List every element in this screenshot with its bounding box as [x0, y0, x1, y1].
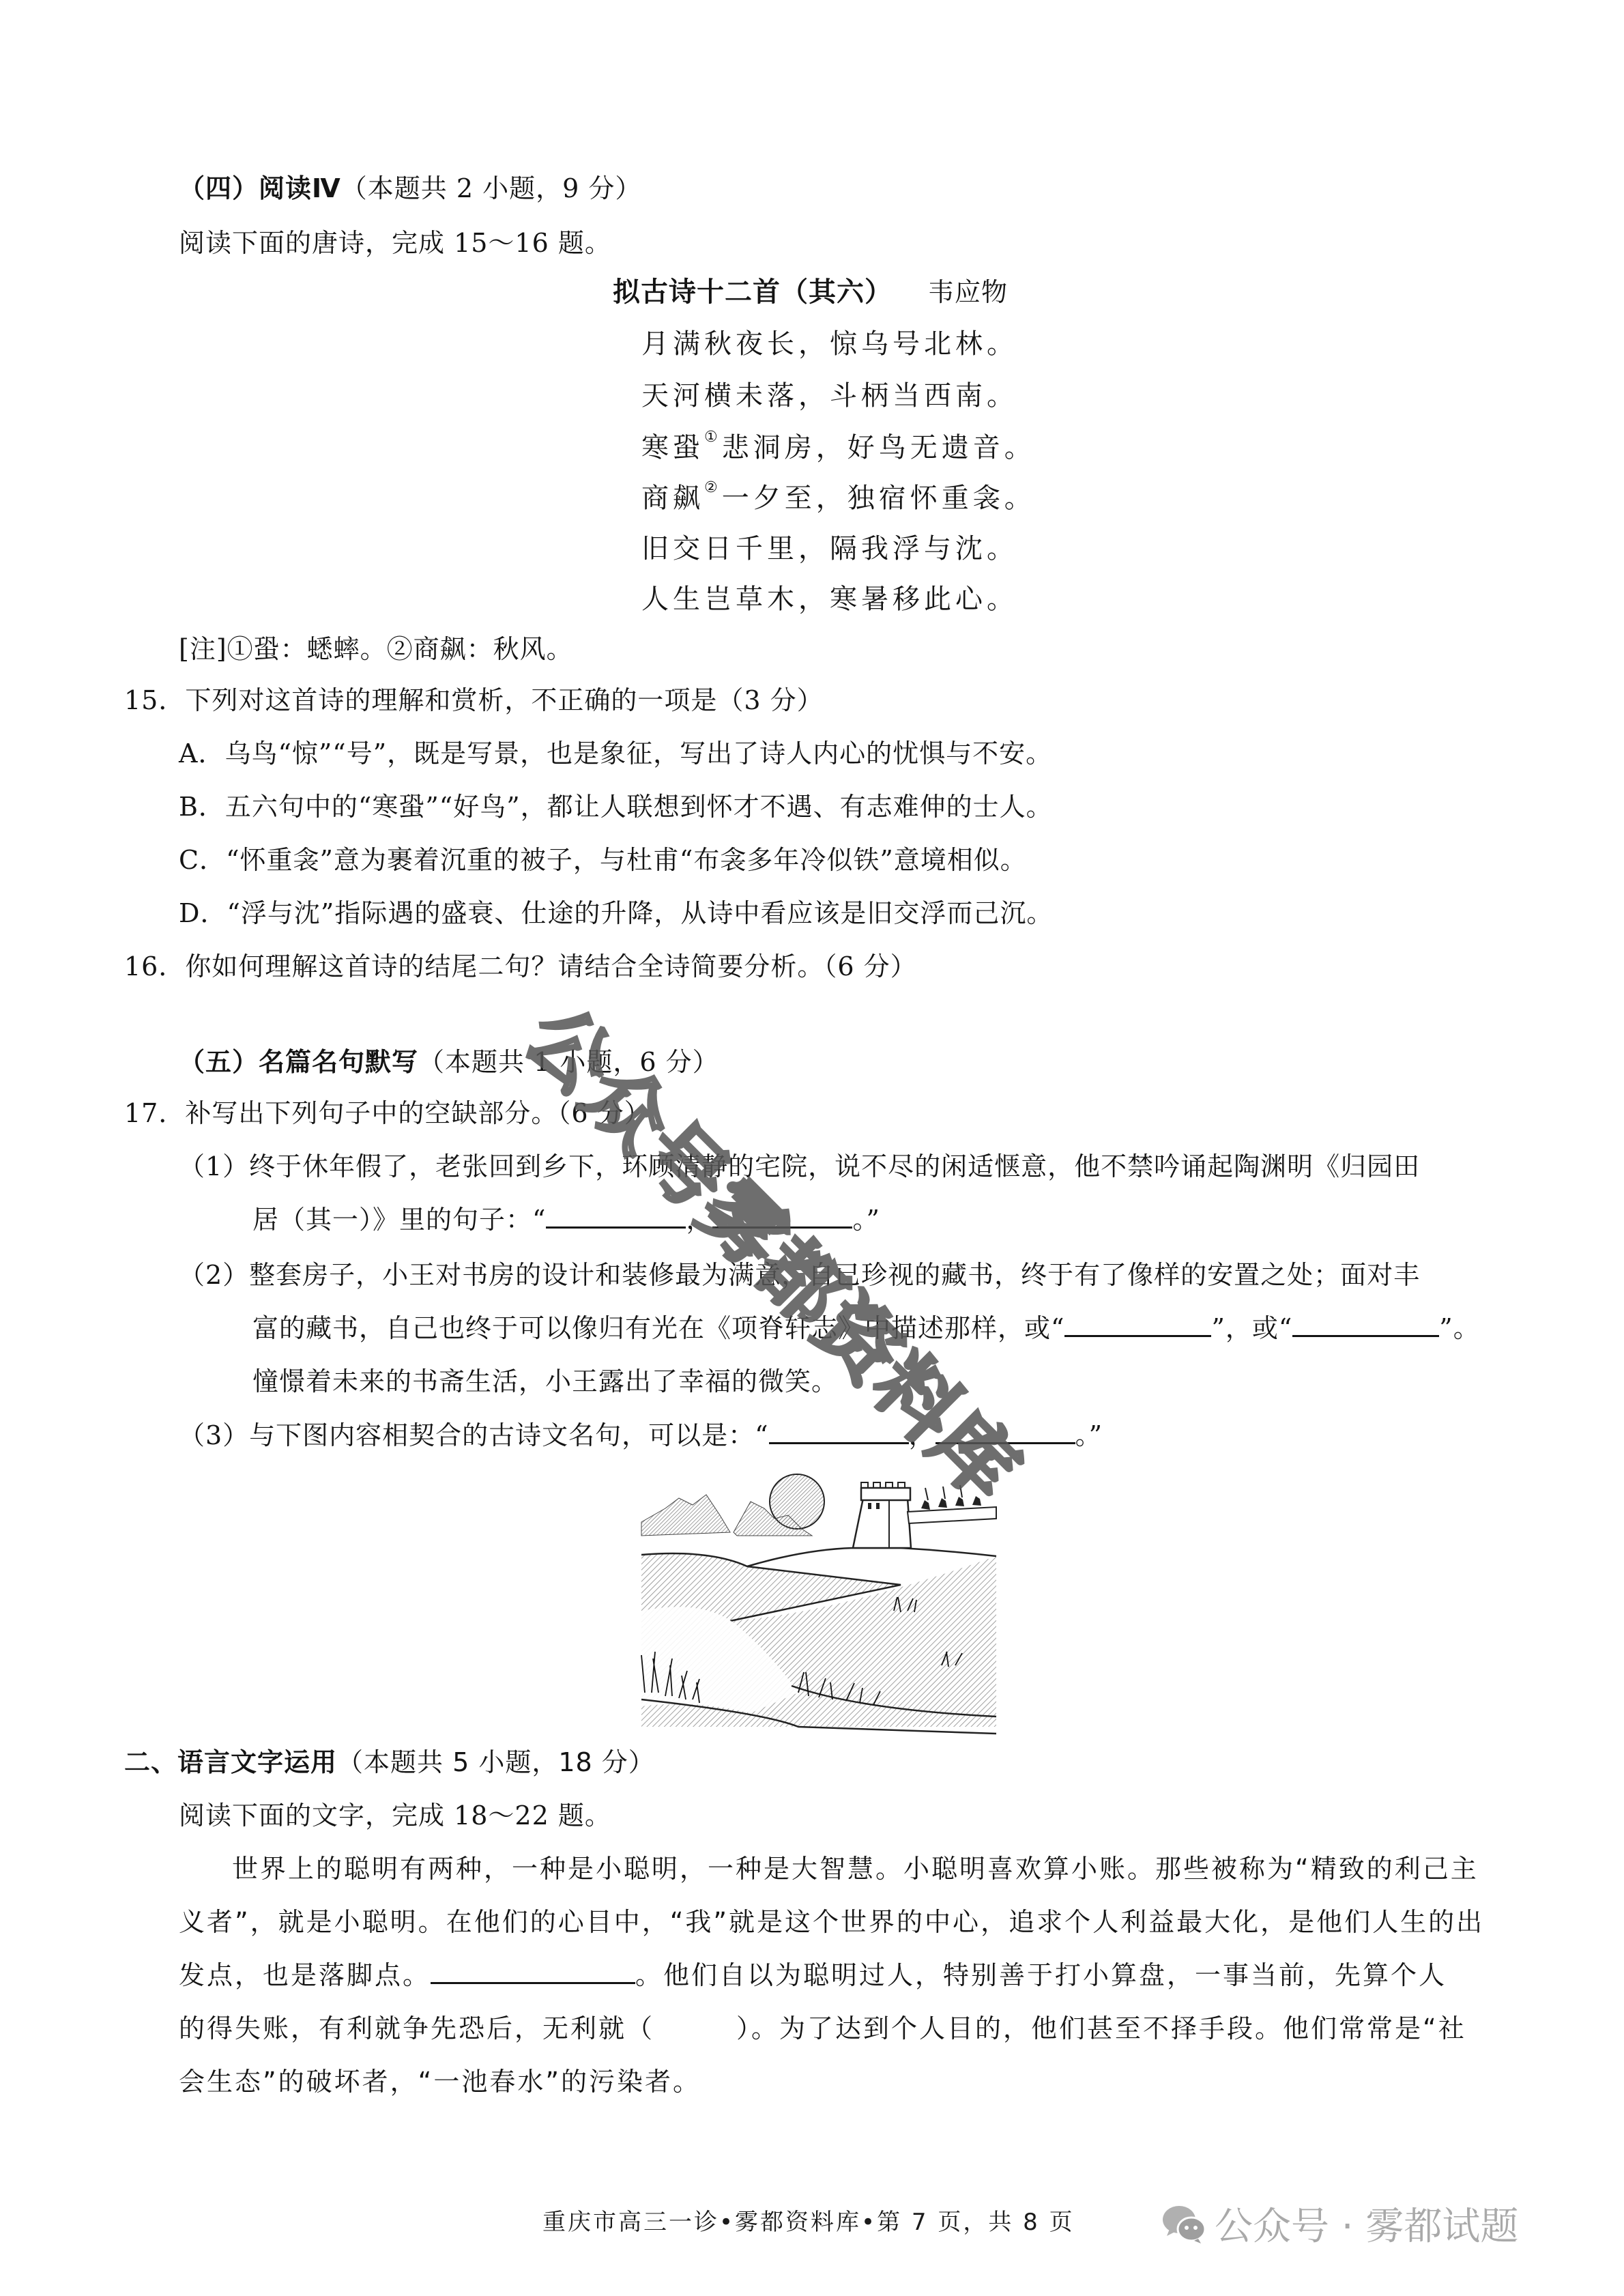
question-17-part-2-line-3: 憧憬着未来的书斋生活，小王露出了幸福的微笑。 [252, 1364, 838, 1399]
poem-line-4-part-a: 商飙 [641, 483, 704, 514]
answer-blank-2b[interactable] [1292, 1312, 1439, 1337]
blank-closing: ”。 [1439, 1313, 1479, 1343]
passage-fill-blank[interactable] [431, 1959, 635, 1984]
passage-line-1: 世界上的聪明有两种，一种是小聪明，一种是大智慧。小聪明喜欢算小账。那些被称为“精… [232, 1851, 1479, 1886]
passage-line-5: 会生态”的破坏者，“一池春水”的污染者。 [179, 2064, 701, 2099]
section-4-instruction: 阅读下面的唐诗，完成 15～16 题。 [179, 225, 611, 261]
poem-line-6: 人生岂草木，寒暑移此心。 [641, 582, 1018, 617]
passage-line-3-post: 。他们自以为聪明过人，特别善于打小算盘，一事当前，先算个人 [635, 1960, 1447, 1990]
question-15-option-d: D．“浮与沈”指际遇的盛衰、仕途的升降，从诗中看应该是旧交浮而己沉。 [179, 895, 1053, 931]
brand-watermark: 公众号 · 雾都试题 [1160, 2203, 1518, 2244]
section-4-heading: （四）阅读Ⅳ（本题共 2 小题，9 分） [179, 171, 641, 206]
part-1-prompt: 居（其一）》里的句子：“ [252, 1205, 546, 1235]
passage-line-3: 发点，也是落脚点。。他们自以为聪明过人，特别善于打小算盘，一事当前，先算个人 [179, 1957, 1447, 1993]
poem-line-4: 商飙②一夕至，独宿怀重衾。 [641, 480, 1036, 516]
page-footer: 重庆市高三一诊•雾都资料库•第 7 页，共 8 页 [542, 2203, 1075, 2237]
passage-line-2: 义者”，就是小聪明。在他们的心目中，“我”就是这个世界的中心，追求个人利益最大化… [179, 1904, 1484, 1940]
part-2-heading: 二、语言文字运用（本题共 5 小题，18 分） [124, 1745, 655, 1780]
passage-line-3-pre: 发点，也是落脚点。 [179, 1960, 431, 1990]
poem-line-1: 月满秋夜长，惊乌号北林。 [641, 326, 1018, 362]
section-4-title: （四）阅读Ⅳ [179, 173, 341, 203]
question-15-option-c: C．“怀重衾”意为裹着沉重的被子，与杜甫“布衾多年冷似铁”意境相似。 [179, 842, 1027, 878]
question-17-part-1-line-1: （1）终于休年假了，老张回到乡下，环顾清静的宅院，说不尽的闲适惬意，他不禁吟诵起… [179, 1149, 1420, 1184]
part-2-instruction: 阅读下面的文字，完成 18～22 题。 [179, 1798, 611, 1833]
poem-line-4-part-b: 一夕至，独宿怀重衾。 [722, 483, 1036, 514]
poem-line-3: 寒蛩①悲洞房，好鸟无遗音。 [641, 430, 1036, 465]
poem-line-2: 天河横未落，斗柄当西南。 [641, 378, 1018, 414]
poem-line-3-part-b: 悲洞房，好鸟无遗音。 [722, 432, 1036, 463]
passage-line-4: 的得失账，有利就争先恐后，无利就（）。为了达到个人目的，他们甚至不择手段。他们常… [179, 2011, 1466, 2046]
footnote-marker-1: ① [704, 429, 722, 446]
answer-blank-2a[interactable] [1064, 1312, 1211, 1337]
great-wall-illustration [628, 1467, 1010, 1737]
blank-separator: ”，或“ [1211, 1313, 1292, 1343]
poem-header: 拟古诗十二首（其六）韦应物 [613, 274, 1008, 310]
blank-closing: 。” [852, 1205, 880, 1235]
section-5-title: （五）名篇名句默写 [179, 1047, 418, 1077]
poem-line-5: 旧交日千里，隔我浮与沈。 [641, 531, 1018, 566]
section-4-score: （本题共 2 小题，9 分） [341, 173, 642, 203]
poem-title: 拟古诗十二首（其六） [613, 276, 893, 308]
blank-closing: 。” [1075, 1420, 1103, 1450]
passage-line-4-pre: 的得失账，有利就争先恐后，无利就（ [179, 2013, 654, 2043]
part-3-prompt: （3）与下图内容相契合的古诗文名句，可以是：“ [179, 1420, 769, 1450]
poem-line-3-part-a: 寒蛩 [641, 432, 704, 463]
wechat-icon [1160, 2203, 1208, 2244]
brand-watermark-text: 公众号 · 雾都试题 [1215, 2196, 1518, 2251]
question-16-stem: 16．你如何理解这首诗的结尾二句？请结合全诗简要分析。（6 分） [124, 949, 917, 984]
question-15-stem: 15．下列对这首诗的理解和赏析，不正确的一项是（3 分） [124, 683, 824, 718]
poem-note: [注]①蛩：蟋蟀。②商飙：秋风。 [179, 631, 573, 667]
footnote-marker-2: ② [704, 479, 722, 496]
question-15-option-a: A．乌鸟“惊”“号”，既是写景，也是象征，写出了诗人内心的忧惧与不安。 [179, 736, 1052, 771]
exam-page: （四）阅读Ⅳ（本题共 2 小题，9 分） 阅读下面的唐诗，完成 15～16 题。… [0, 0, 1624, 2296]
part-2-score: （本题共 5 小题，18 分） [337, 1747, 655, 1777]
poem-author: 韦应物 [928, 277, 1008, 307]
question-15-option-b: B．五六句中的“寒蛩”“好鸟”，都让人联想到怀才不遇、有志难伸的士人。 [179, 789, 1053, 824]
passage-line-4-post: ）。为了达到个人目的，他们甚至不择手段。他们常常是“社 [736, 2013, 1466, 2043]
part-2-title: 二、语言文字运用 [124, 1747, 337, 1777]
